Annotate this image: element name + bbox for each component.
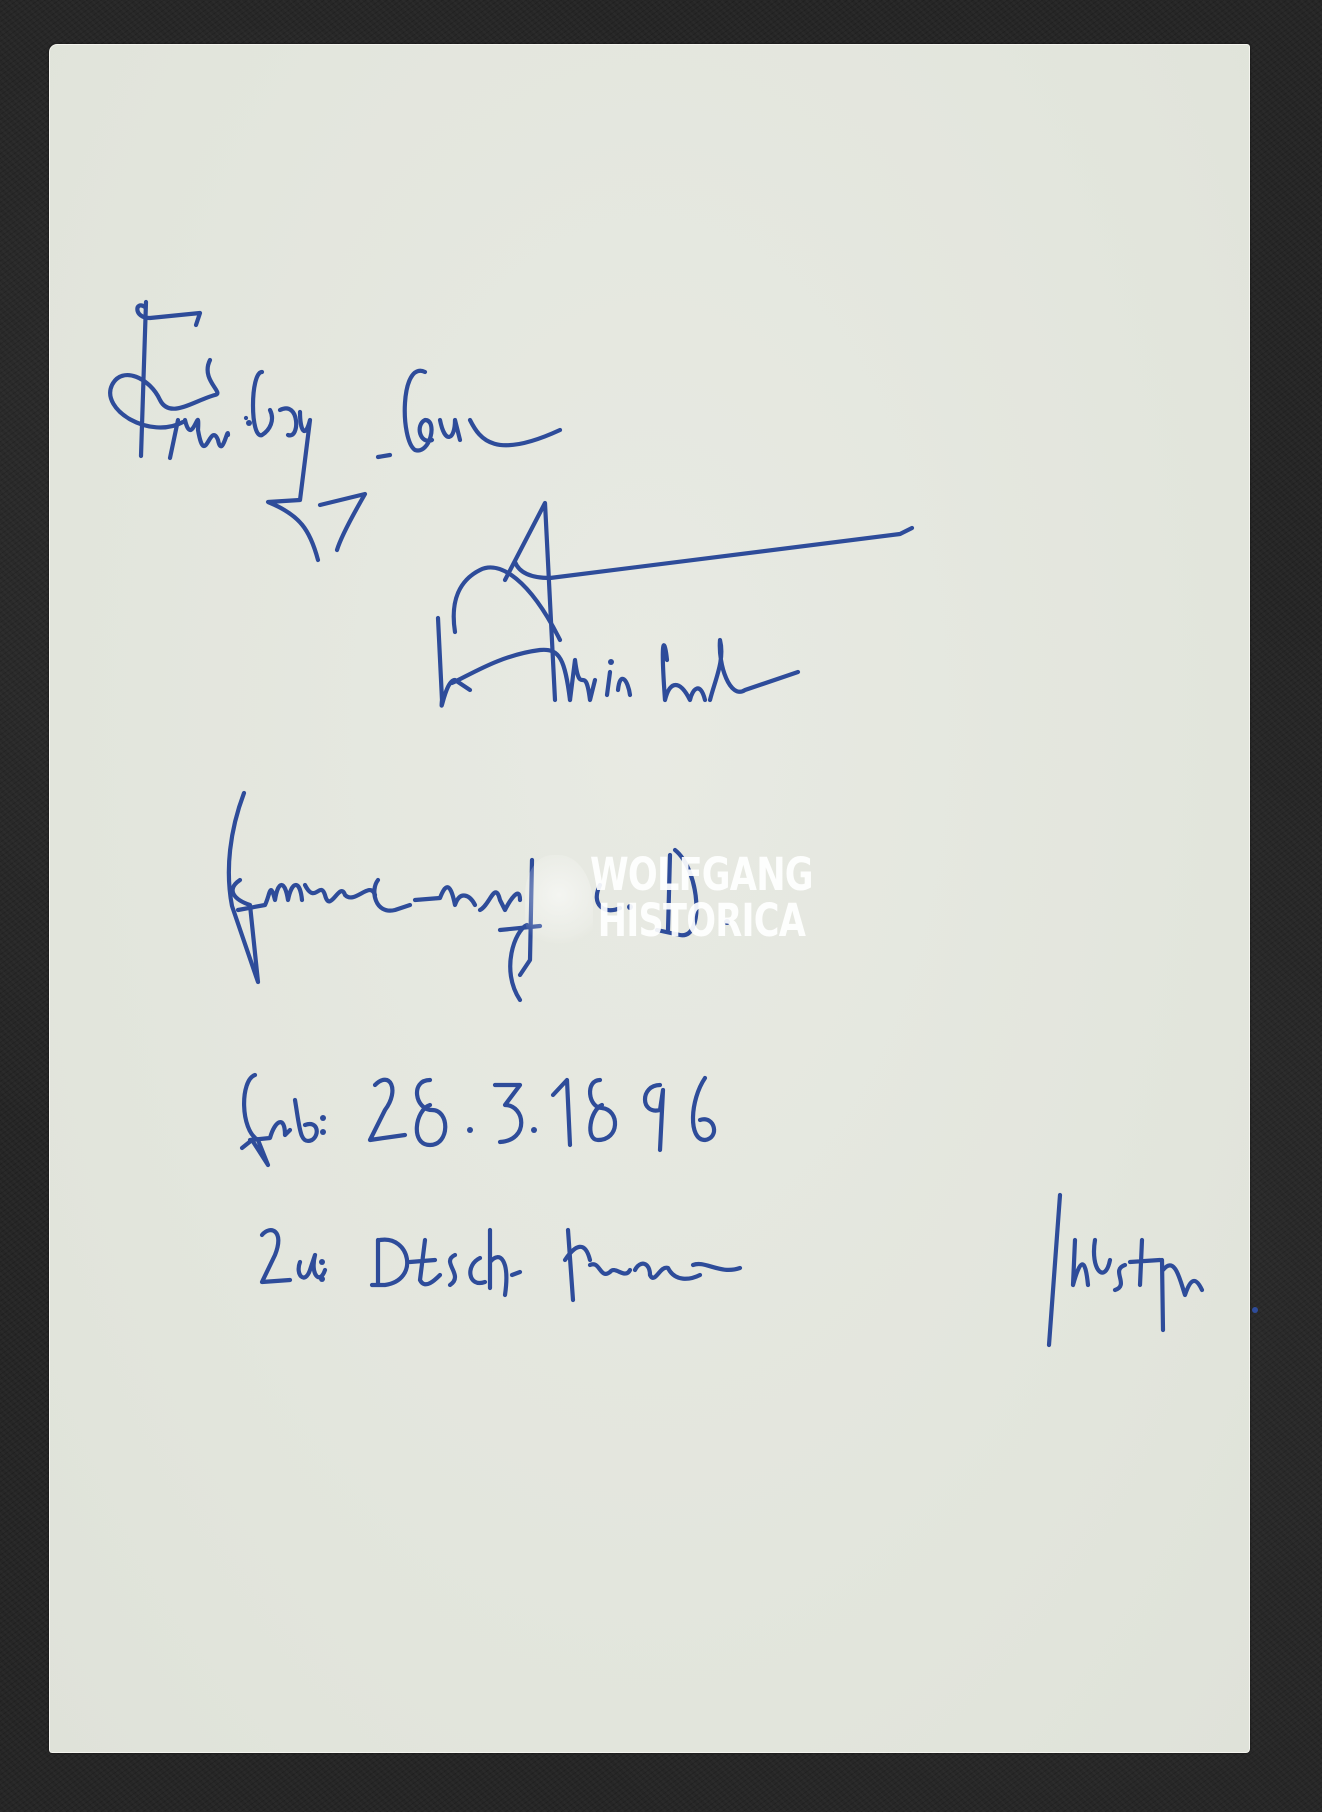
handwriting-line-first-name [110, 302, 560, 560]
text-birthplace: zu: Dtsch.-Krone/Westpr. [260, 1240, 763, 1286]
text-first-name: Fridolin-Carl [100, 370, 361, 416]
text-signature: v. Senfft (signature) [440, 630, 842, 676]
watermark-line-2: HISTORICA [590, 898, 813, 944]
watermark-line-1: WOLFGANG [590, 852, 813, 898]
watermark: WOLFGANG HISTORICA [590, 852, 813, 944]
text-birth: Geb: 28.3.1896 [240, 1090, 551, 1136]
watermark-logo-icon [525, 855, 593, 955]
